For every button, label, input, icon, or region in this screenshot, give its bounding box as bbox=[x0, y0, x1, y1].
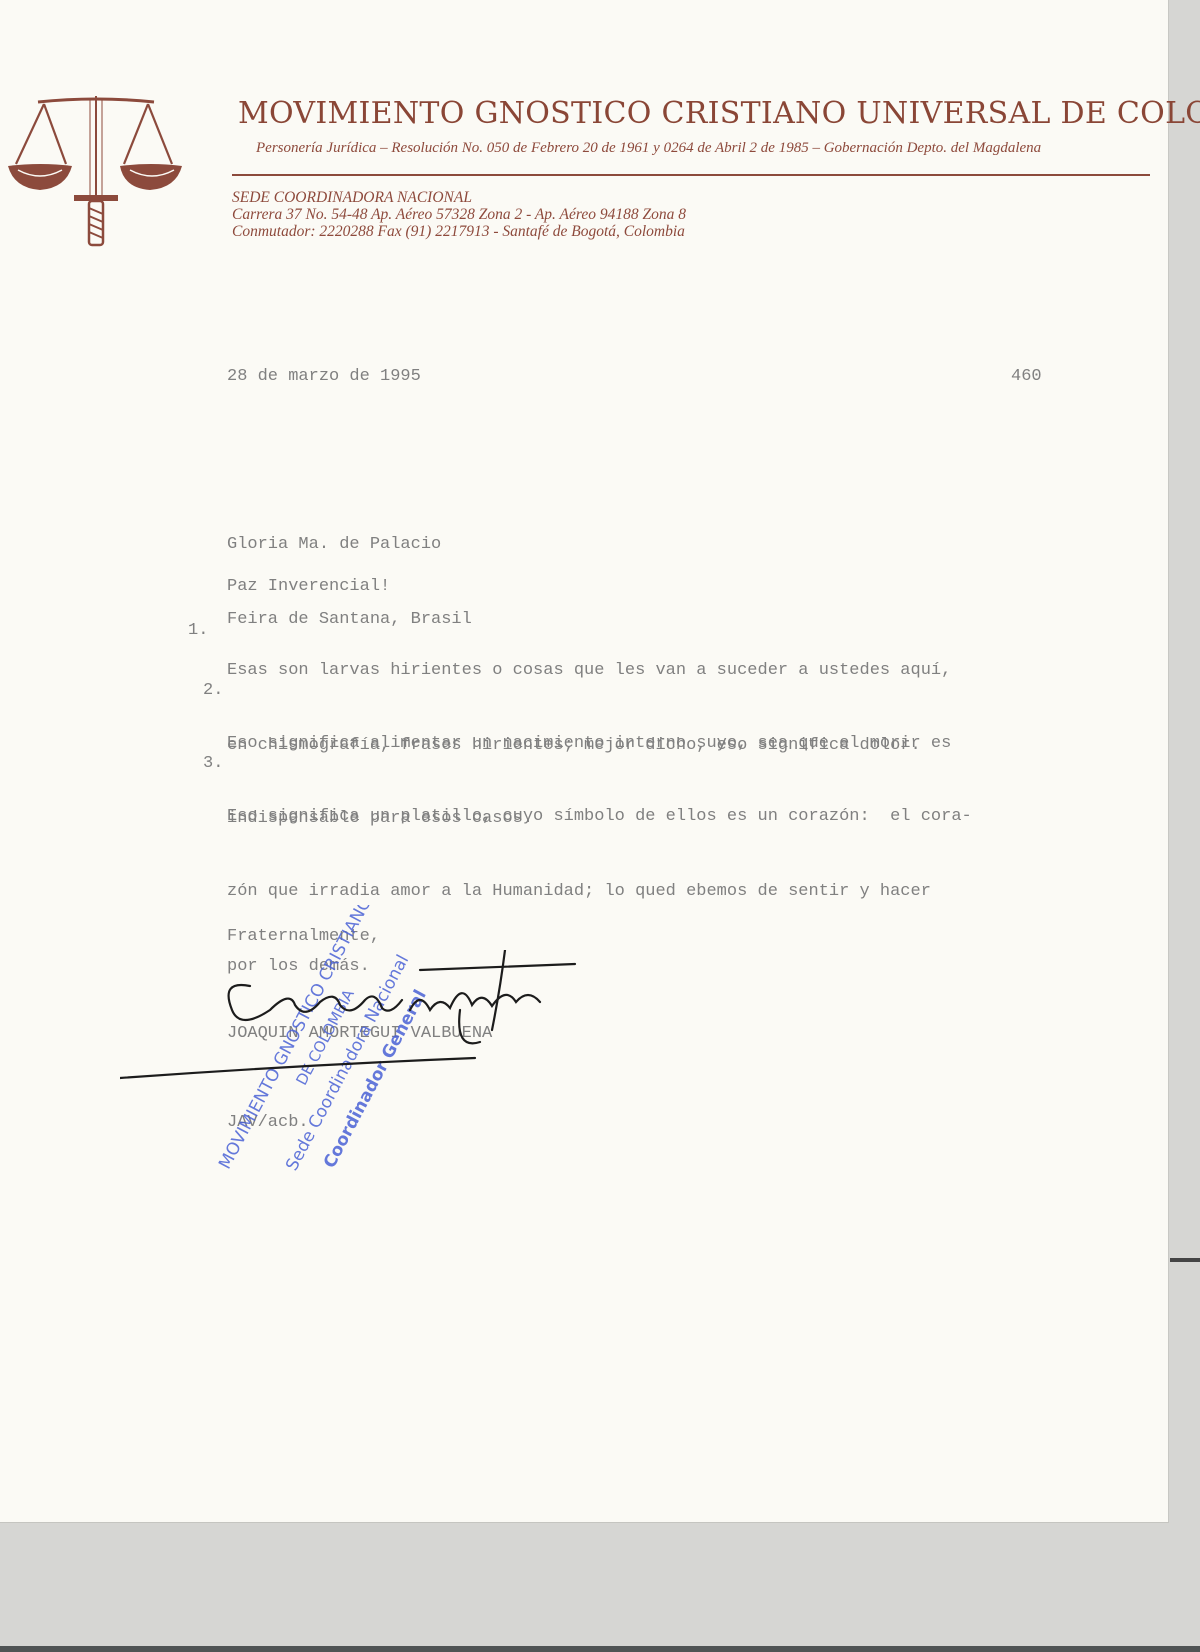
item-number: 2. bbox=[203, 681, 223, 700]
item-number: 1. bbox=[188, 621, 208, 640]
office-title: SEDE COORDINADORA NACIONAL bbox=[232, 189, 686, 206]
office-block: SEDE COORDINADORA NACIONAL Carrera 37 No… bbox=[232, 189, 686, 240]
salutation: Paz Inverencial! bbox=[227, 577, 390, 596]
letterhead-divider bbox=[232, 174, 1150, 176]
scanner-edge-mark bbox=[1170, 1258, 1200, 1262]
letter-page: MOVIMIENTO GNOSTICO CRISTIANO UNIVERSAL … bbox=[0, 0, 1169, 1523]
office-address: Carrera 37 No. 54-48 Ap. Aéreo 57328 Zon… bbox=[232, 206, 686, 223]
office-contact: Conmutador: 2220288 Fax (91) 2217913 - S… bbox=[232, 223, 686, 240]
scanner-bottom-edge bbox=[0, 1646, 1200, 1652]
handwritten-signature-icon bbox=[120, 950, 620, 1080]
legal-registration-line: Personería Jurídica – Resolución No. 050… bbox=[256, 140, 1041, 157]
item-line: Eso significa un platillo, cuyo símbolo … bbox=[227, 804, 972, 829]
item-line: zón que irradia amor a la Humanidad; lo … bbox=[227, 879, 972, 904]
recipient-name: Gloria Ma. de Palacio bbox=[227, 532, 472, 557]
item-number: 3. bbox=[203, 754, 223, 773]
letter-date: 28 de marzo de 1995 bbox=[227, 367, 421, 386]
item-line: Esas son larvas hirientes o cosas que le… bbox=[227, 658, 951, 683]
item-line: Eso significa alimentar un nacimiento in… bbox=[227, 731, 951, 756]
reference-number: 460 bbox=[1011, 367, 1042, 386]
organization-name: MOVIMIENTO GNOSTICO CRISTIANO UNIVERSAL … bbox=[238, 96, 1200, 131]
scales-of-justice-sword-icon bbox=[8, 92, 184, 258]
